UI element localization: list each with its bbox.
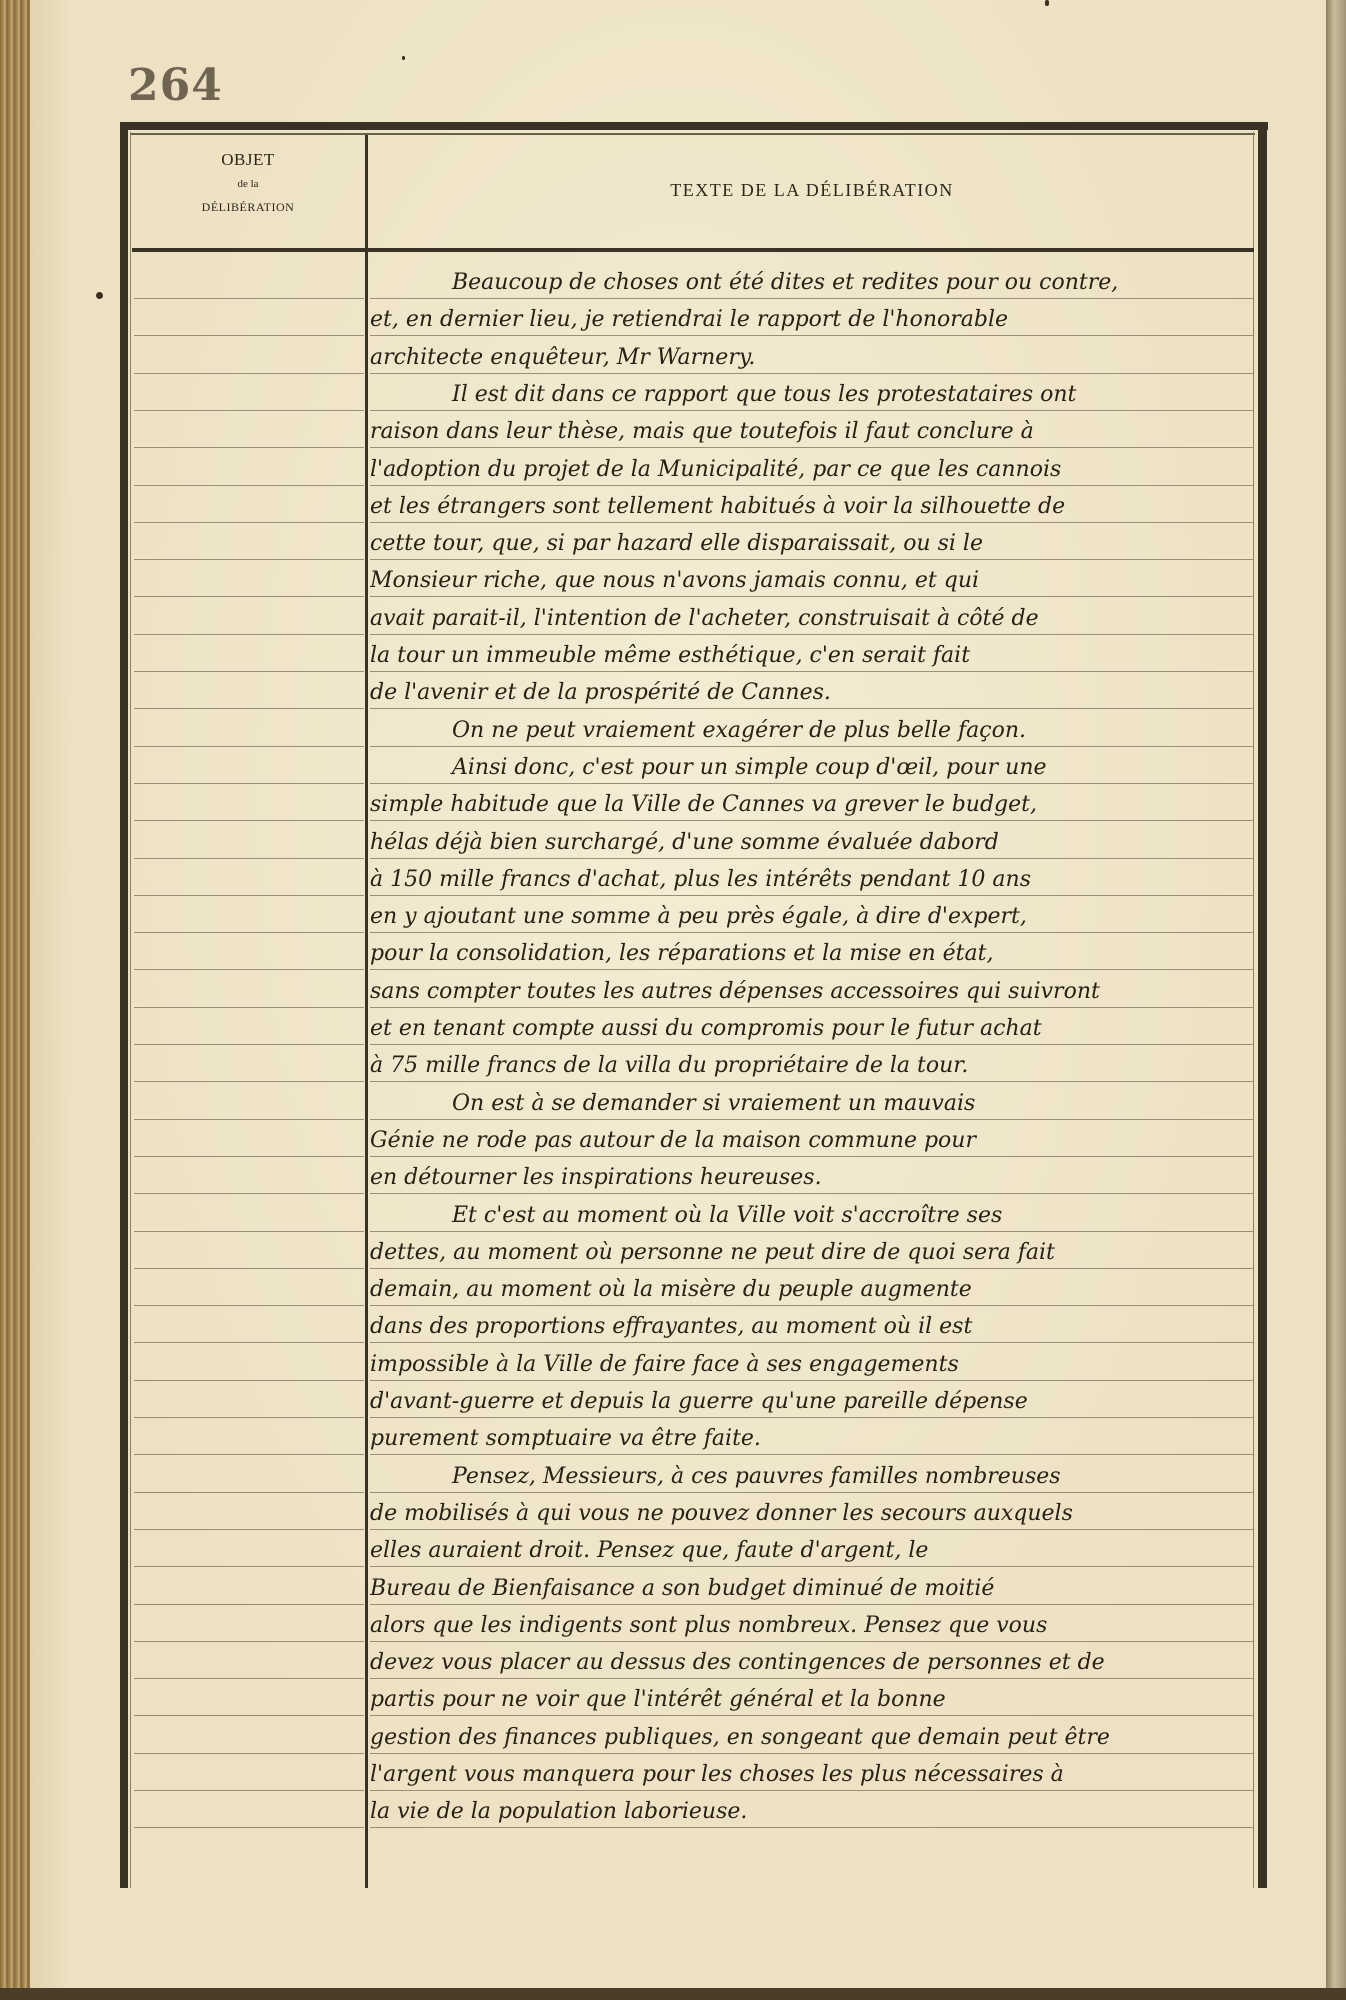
objet-ruled-line [134,1119,364,1120]
objet-ruled-line [134,1231,364,1232]
objet-ruled-line [134,1417,364,1418]
objet-ruled-line [134,522,364,523]
header-bottom-rule [132,248,1254,252]
frame-left-inner-rule [130,132,131,1888]
objet-ruled-line [134,895,364,896]
objet-ruled-line [134,746,364,747]
objet-ruled-line [134,1492,364,1493]
objet-ruled-line [134,969,364,970]
handwritten-line: avait parait-il, l'intention de l'achete… [370,604,1254,641]
objet-ruled-line [134,1454,364,1455]
header-objet-subtitle: de la [132,178,364,190]
handwritten-line: raison dans leur thèse, mais que toutefo… [370,417,1254,454]
handwritten-line: architecte enquêteur, Mr Warnery. [370,343,1254,380]
objet-ruled-line [134,1380,364,1381]
objet-ruled-line [134,1156,364,1157]
objet-ruled-line [134,820,364,821]
handwritten-line: Monsieur riche, que nous n'avons jamais … [370,566,1254,603]
objet-ruled-line [134,410,364,411]
handwritten-line: Il est dit dans ce rapport que tous les … [370,380,1254,417]
handwritten-line: Beaucoup de choses ont été dites et redi… [370,268,1254,305]
objet-ruled-line [134,1641,364,1642]
handwritten-line: Et c'est au moment où la Ville voit s'ac… [370,1201,1254,1238]
handwritten-line: partis pour ne voir que l'intérêt généra… [370,1685,1254,1722]
page-number: 264 [128,60,223,111]
handwritten-line: dans des proportions effrayantes, au mom… [370,1312,1254,1349]
handwritten-line: Pensez, Messieurs, à ces pauvres famille… [370,1462,1254,1499]
ink-speck [1045,0,1049,6]
objet-ruled-line [134,1827,364,1828]
header-objet-deliberation: DÉLIBÉRATION [132,200,364,215]
objet-ruled-line [134,1604,364,1605]
handwritten-line: On ne peut vraiement exagérer de plus be… [370,716,1254,753]
handwritten-line: cette tour, que, si par hazard elle disp… [370,529,1254,566]
column-header-texte: TEXTE DE LA DÉLIBÉRATION [370,180,1254,201]
handwritten-line: à 150 mille francs d'achat, plus les int… [370,865,1254,902]
objet-ruled-line [134,1268,364,1269]
deliberation-register-table: OBJET de la DÉLIBÉRATION TEXTE DE LA DÉL… [120,122,1268,1888]
handwritten-line: Génie ne rode pas autour de la maison co… [370,1126,1254,1163]
objet-ruled-line [134,1044,364,1045]
objet-ruled-line [134,783,364,784]
handwritten-line: impossible à la Ville de faire face à se… [370,1350,1254,1387]
objet-ruled-line [134,932,364,933]
handwritten-line: demain, au moment où la misère du peuple… [370,1275,1254,1312]
objet-ruled-line [134,1790,364,1791]
handwritten-line: de mobilisés à qui vous ne pouvez donner… [370,1499,1254,1536]
handwritten-line: purement somptuaire va être faite. [370,1424,1254,1461]
handwritten-line: alors que les indigents sont plus nombre… [370,1611,1254,1648]
objet-ruled-line [134,335,364,336]
handwritten-line: et les étrangers sont tellement habitués… [370,492,1254,529]
objet-ruled-line [134,1305,364,1306]
objet-ruled-line [134,559,364,560]
handwritten-line: la vie de la population laborieuse. [370,1797,1254,1834]
handwritten-line: l'adoption du projet de la Municipalité,… [370,455,1254,492]
objet-ruled-line [134,447,364,448]
handwritten-line: de l'avenir et de la prospérité de Canne… [370,678,1254,715]
frame-top-inner-rule [130,133,1255,135]
objet-ruled-line [134,1193,364,1194]
objet-ruled-line [134,671,364,672]
objet-ruled-line [134,1529,364,1530]
handwritten-line: en y ajoutant une somme à peu près égale… [370,902,1254,939]
objet-ruled-line [134,1007,364,1008]
handwritten-line: hélas déjà bien surchargé, d'une somme é… [370,828,1254,865]
book-spine-edge [0,0,32,2000]
handwritten-line: dettes, au moment où personne ne peut di… [370,1238,1254,1275]
handwritten-line: Bureau de Bienfaisance a son budget dimi… [370,1574,1254,1611]
objet-ruled-line [134,1715,364,1716]
handwritten-line: la tour un immeuble même esthétique, c'e… [370,641,1254,678]
objet-ruled-line [134,634,364,635]
objet-ruled-line [134,1081,364,1082]
column-header-objet: OBJET de la DÉLIBÉRATION [132,150,364,215]
objet-ruled-line [134,708,364,709]
handwritten-line: et, en dernier lieu, je retiendrai le ra… [370,305,1254,342]
handwritten-line: à 75 mille francs de la villa du proprié… [370,1051,1254,1088]
objet-ruled-line [134,1753,364,1754]
handwritten-line: sans compter toutes les autres dépenses … [370,977,1254,1014]
objet-ruled-line [134,1342,364,1343]
objet-ruled-line [134,596,364,597]
handwritten-line: gestion des finances publiques, en songe… [370,1723,1254,1760]
header-objet-title: OBJET [132,150,364,170]
book-bottom-edge [0,1988,1346,2000]
margin-dot [96,292,103,299]
handwritten-line: devez vous placer au dessus des continge… [370,1648,1254,1685]
handwritten-line: et en tenant compte aussi du compromis p… [370,1014,1254,1051]
objet-ruled-line [134,1678,364,1679]
handwritten-line: l'argent vous manquera pour les choses l… [370,1760,1254,1797]
handwritten-line: elles auraient droit. Pensez que, faute … [370,1536,1254,1573]
frame-top-border [120,122,1268,130]
handwritten-line: simple habitude que la Ville de Cannes v… [370,790,1254,827]
handwritten-line: On est à se demander si vraiement un mau… [370,1089,1254,1126]
frame-left-border [120,122,128,1888]
objet-ruled-line [134,373,364,374]
handwritten-line: pour la consolidation, les réparations e… [370,939,1254,976]
handwritten-line: Ainsi donc, c'est pour un simple coup d'… [370,753,1254,790]
handwritten-line: d'avant-guerre et depuis la guerre qu'un… [370,1387,1254,1424]
objet-ruled-line [134,1566,364,1567]
handwritten-line: en détourner les inspirations heureuses. [370,1163,1254,1200]
ink-speck [402,56,405,60]
column-divider [365,135,368,1888]
objet-ruled-line [134,298,364,299]
objet-ruled-line [134,858,364,859]
objet-ruled-line [134,485,364,486]
page-right-edge [1326,0,1346,2000]
frame-right-border [1258,122,1267,1888]
